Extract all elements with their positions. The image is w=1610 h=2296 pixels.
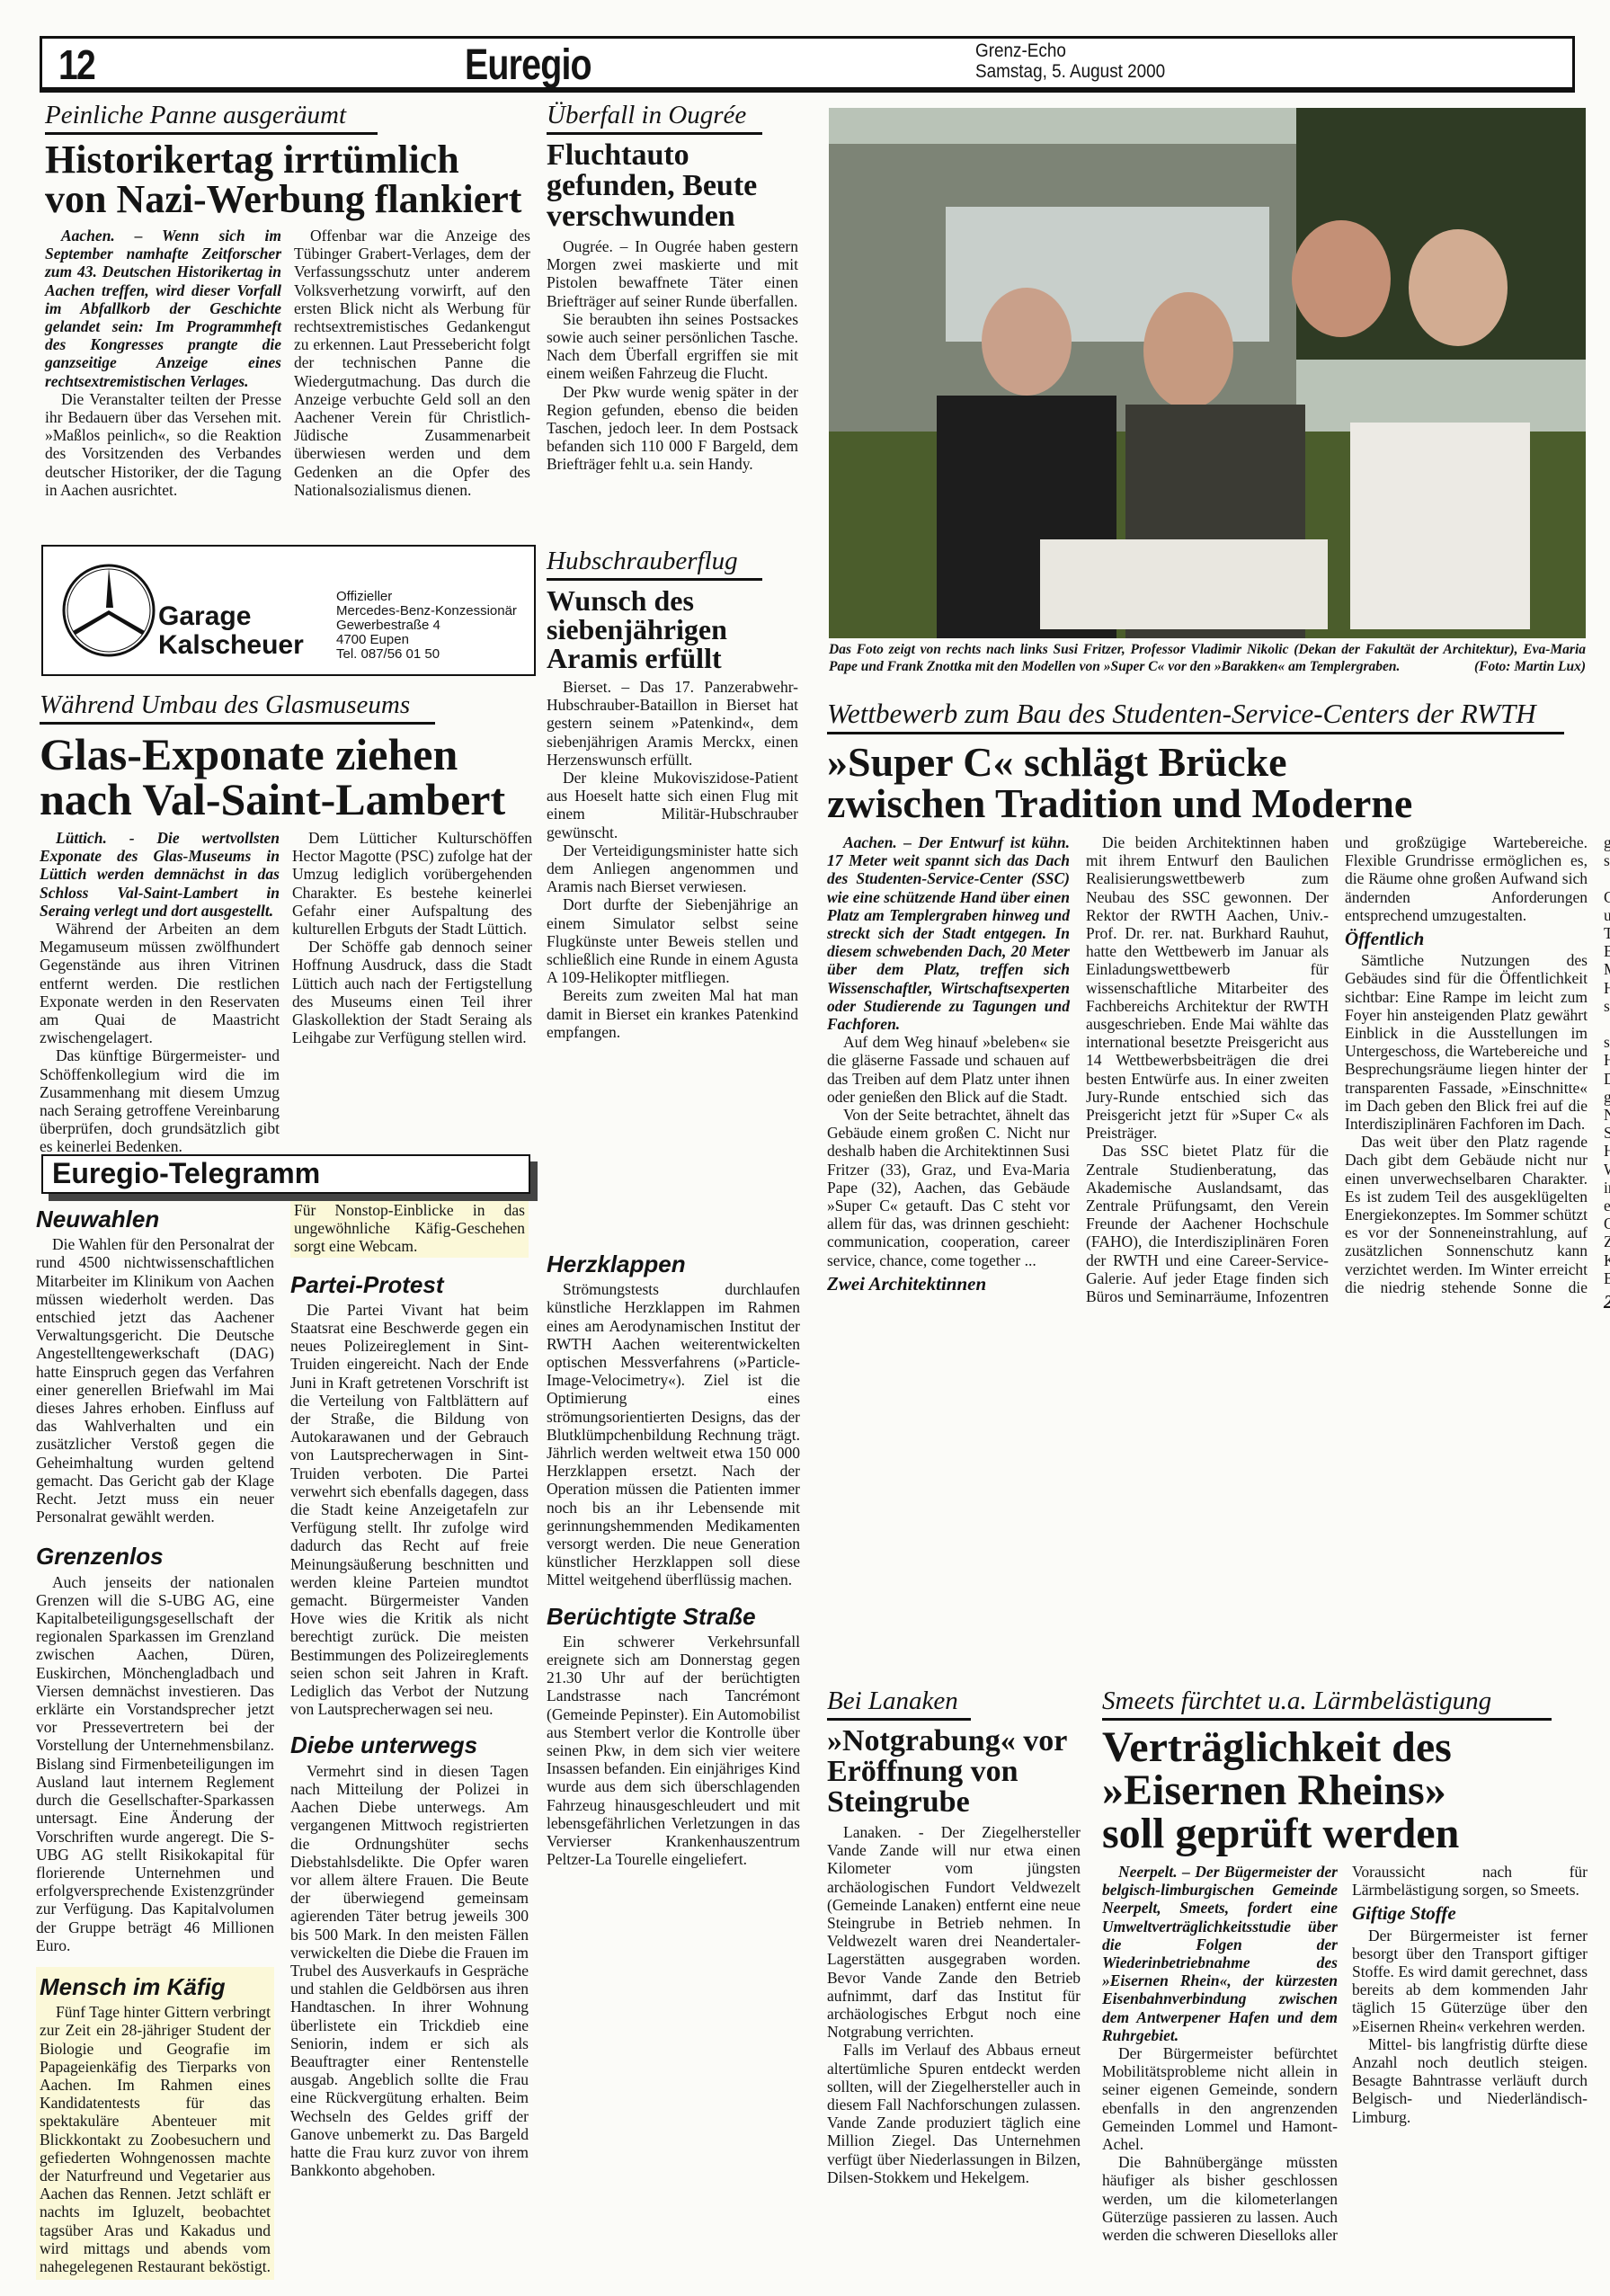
paragraph: Dem Lütticher Kulturschöffen Hector Mago… — [292, 829, 532, 938]
headline: Historikertag irrtümlich von Nazi-Werbun… — [45, 140, 530, 219]
mercedes-star-logo-icon — [59, 561, 158, 660]
paragraph: Der Pkw wurde wenig später in der Region… — [547, 383, 798, 474]
article-body: Aachen. – Wenn sich im September namhaft… — [45, 227, 530, 499]
ad-contact: Offizieller Mercedes-Benz-Konzessionär G… — [336, 590, 517, 662]
paragraph: Der Schöffe gab dennoch seiner Hoffnung … — [292, 938, 532, 1046]
subheading: Öffentlich — [1345, 930, 1588, 948]
article-body: Lanaken. - Der Ziegelhersteller Vande Za… — [827, 1823, 1081, 2186]
paragraph: Es setzt einen neuen städtebaulichen Akz… — [1604, 1015, 1610, 1287]
telegramm-item: Partei-Protest Die Partei Vivant hat bei… — [290, 1276, 529, 1719]
telegramm-item: Neuwahlen Die Wahlen für den Personalrat… — [36, 1210, 274, 1526]
lead-paragraph: Neerpelt. – Der Bügermeister der belgisc… — [1102, 1863, 1338, 2044]
article-body: Neerpelt. – Der Bügermeister der belgisc… — [1102, 1863, 1588, 2258]
headline: Fluchtauto gefunden, Beute verschwunden — [547, 140, 798, 232]
article-body: Lüttich. - Die wertvollsten Exponate des… — [40, 829, 532, 1156]
telegramm-item: Diebe unterwegs Vermehrt sind in diesen … — [290, 1736, 529, 2179]
lead-paragraph: Aachen. – Wenn sich im September namhaft… — [45, 227, 281, 390]
paragraph: Falls im Verlauf des Abbaus erneut alter… — [827, 2041, 1081, 2186]
article-hubschrauber: Hubschrauberflug Wunsch des siebenjährig… — [547, 547, 798, 1041]
paragraph: Die Veranstalter teilten der Presse ihr … — [45, 390, 281, 499]
paragraph: Bierset. – Das 17. Panzerabwehr-Hubschra… — [547, 678, 798, 769]
subheading: Giftige Stoffe — [1352, 1904, 1588, 1922]
telegramm-item-title: Diebe unterwegs — [290, 1736, 529, 1754]
article-glas-exponate: Während Umbau des Glasmuseums Glas-Expon… — [40, 690, 532, 1156]
paragraph: Auf dem Weg hinauf »beleben« sie die glä… — [827, 1033, 1070, 1106]
article-ougree: Überfall in Ougrée Fluchtauto gefunden, … — [547, 101, 798, 474]
article-lanaken: Bei Lanaken »Notgrabung« vor Eröffnung v… — [827, 1686, 1081, 2186]
telegramm-item-title: Mensch im Käfig — [40, 1978, 271, 1996]
telegramm-item-title: Partei-Protest — [290, 1276, 529, 1294]
paragraph: Der Bürgermeister befürchtet Mobilitätsp… — [1102, 2044, 1338, 2153]
article-eiserner-rhein: Smeets fürchtet u.a. Lärmbelästigung Ver… — [1102, 1686, 1588, 2258]
telegramm-item: Herzklappen Strömungstests durchlaufen k… — [547, 1255, 800, 1589]
photo-people-with-models — [829, 108, 1586, 638]
paragraph: Der Bürgermeister ist ferner besorgt übe… — [1352, 1927, 1588, 2035]
photo-credit: (Foto: Martin Lux) — [1474, 658, 1586, 675]
paragraph: Sie beraubten ihn seines Postsackes sowi… — [547, 310, 798, 383]
telegramm-title: Euregio-Telegramm — [52, 1157, 320, 1190]
article-body: Bierset. – Das 17. Panzerabwehr-Hubschra… — [547, 678, 798, 1041]
publication-info: Grenz-Echo Samstag, 5. August 2000 — [975, 40, 1165, 82]
telegramm-header: Euregio-Telegramm — [41, 1154, 530, 1194]
article-body: Aachen. – Der Entwurf ist kühn. 17 Meter… — [827, 833, 1588, 1317]
telegramm-item-text: Strömungstests durchlaufen künstliche He… — [547, 1280, 800, 1589]
kicker: Hubschrauberflug — [547, 547, 762, 581]
telegramm-item-title: Grenzenlos — [36, 1547, 274, 1565]
kicker: Während Umbau des Glasmuseums — [40, 690, 435, 725]
kicker: Bei Lanaken — [827, 1686, 971, 1721]
paragraph: In zwei, drei Jahren wird »Super C« zwis… — [1604, 869, 1610, 1015]
telegramm-item-title: Berüchtigte Straße — [547, 1607, 800, 1625]
telegramm-item: Berüchtigte Straße Ein schwerer Verkehrs… — [547, 1607, 800, 1869]
headline: »Super C« schlägt Brücke zwischen Tradit… — [827, 742, 1588, 824]
lead-paragraph: Aachen. – Der Entwurf ist kühn. 17 Meter… — [827, 833, 1070, 1033]
telegramm-item-text: Ein schwerer Verkehrsunfall ereignete si… — [547, 1633, 800, 1869]
paragraph: Sämtliche Nutzungen des Gebäudes sind fü… — [1345, 951, 1588, 1133]
publication-date: Samstag, 5. August 2000 — [975, 61, 1165, 82]
paragraph: Der kleine Mukoviszidose-Patient aus Hoe… — [547, 769, 798, 841]
section-title: Euregio — [465, 40, 592, 90]
paragraph: Dort durfte der Siebenjährige an einem S… — [547, 895, 798, 986]
kicker: Wettbewerb zum Bau des Studenten-Service… — [827, 698, 1564, 734]
telegramm-section-right: Herzklappen Strömungstests durchlaufen k… — [547, 1201, 800, 2280]
headline: »Notgrabung« vor Eröffnung von Steingrub… — [827, 1726, 1081, 1818]
paragraph: Mittel- bis langfristig dürfte diese Anz… — [1352, 2035, 1588, 2126]
paragraph: Die beiden Architektinnen haben mit ihre… — [1086, 833, 1329, 1142]
page-number: 12 — [58, 40, 94, 89]
headline: Glas-Exponate ziehen nach Val-Saint-Lamb… — [40, 732, 532, 822]
paragraph: Von der Seite betrachtet, ähnelt das Geb… — [827, 1106, 1070, 1269]
telegramm-item-text: Die Wahlen für den Personalrat der rund … — [36, 1235, 274, 1526]
paragraph: Ougrée. – In Ougrée haben gestern Morgen… — [547, 237, 798, 310]
advertisement-garage-kalscheuer: Garage Kalscheuer Offizieller Mercedes-B… — [41, 545, 536, 676]
paragraph: Während der Arbeiten an dem Megamuseum m… — [40, 920, 280, 1046]
telegramm-section: Neuwahlen Die Wahlen für den Personalrat… — [36, 1201, 529, 2280]
paragraph: Der Verteidigungsminister hatte sich dem… — [547, 841, 798, 896]
telegramm-item-text: Vermehrt sind in diesen Tagen nach Mitte… — [290, 1762, 529, 2180]
telegramm-item-text: Auch jenseits der nationalen Grenzen wil… — [36, 1573, 274, 1954]
ad-company-name: Garage Kalscheuer — [158, 602, 304, 660]
lead-paragraph: Lüttich. - Die wertvollsten Exponate des… — [40, 829, 280, 920]
telegramm-item-title: Neuwahlen — [36, 1210, 274, 1228]
article-super-c: Wettbewerb zum Bau des Studenten-Service… — [827, 698, 1588, 1317]
headline: Wunsch des siebenjährigen Aramis erfüllt — [547, 586, 798, 672]
paragraph: Das künftige Bürgermeister- und Schöffen… — [40, 1046, 280, 1155]
subheading: 25 Millionen Mark — [1604, 1293, 1610, 1311]
kicker: Peinliche Panne ausgeräumt — [45, 101, 378, 135]
headline: Verträglichkeit des »Eisernen Rheins» so… — [1102, 1726, 1588, 1855]
photo-caption: Das Foto zeigt von rechts nach links Sus… — [829, 641, 1586, 675]
telegramm-item-title: Herzklappen — [547, 1255, 800, 1273]
article-historikertag: Peinliche Panne ausgeräumt Historikertag… — [45, 101, 530, 499]
kicker: Smeets fürchtet u.a. Lärmbelästigung — [1102, 1686, 1552, 1721]
news-photo — [829, 108, 1586, 638]
publication-name: Grenz-Echo — [975, 40, 1165, 61]
paragraph: Lanaken. - Der Ziegelhersteller Vande Za… — [827, 1823, 1081, 2041]
subheading: Zwei Architektinnen — [827, 1275, 1070, 1293]
article-body: Ougrée. – In Ougrée haben gestern Morgen… — [547, 237, 798, 474]
telegramm-item-text: Die Partei Vivant hat beim Staatsrat ein… — [290, 1301, 529, 1719]
masthead: 12 Euregio Grenz-Echo Samstag, 5. August… — [40, 36, 1575, 93]
paragraph: Bereits zum zweiten Mal hat man damit in… — [547, 986, 798, 1041]
paragraph: Offenbar war die Anzeige des Tübinger Gr… — [294, 227, 530, 499]
telegramm-item: Grenzenlos Auch jenseits der nationalen … — [36, 1547, 274, 1953]
kicker: Überfall in Ougrée — [547, 101, 762, 135]
